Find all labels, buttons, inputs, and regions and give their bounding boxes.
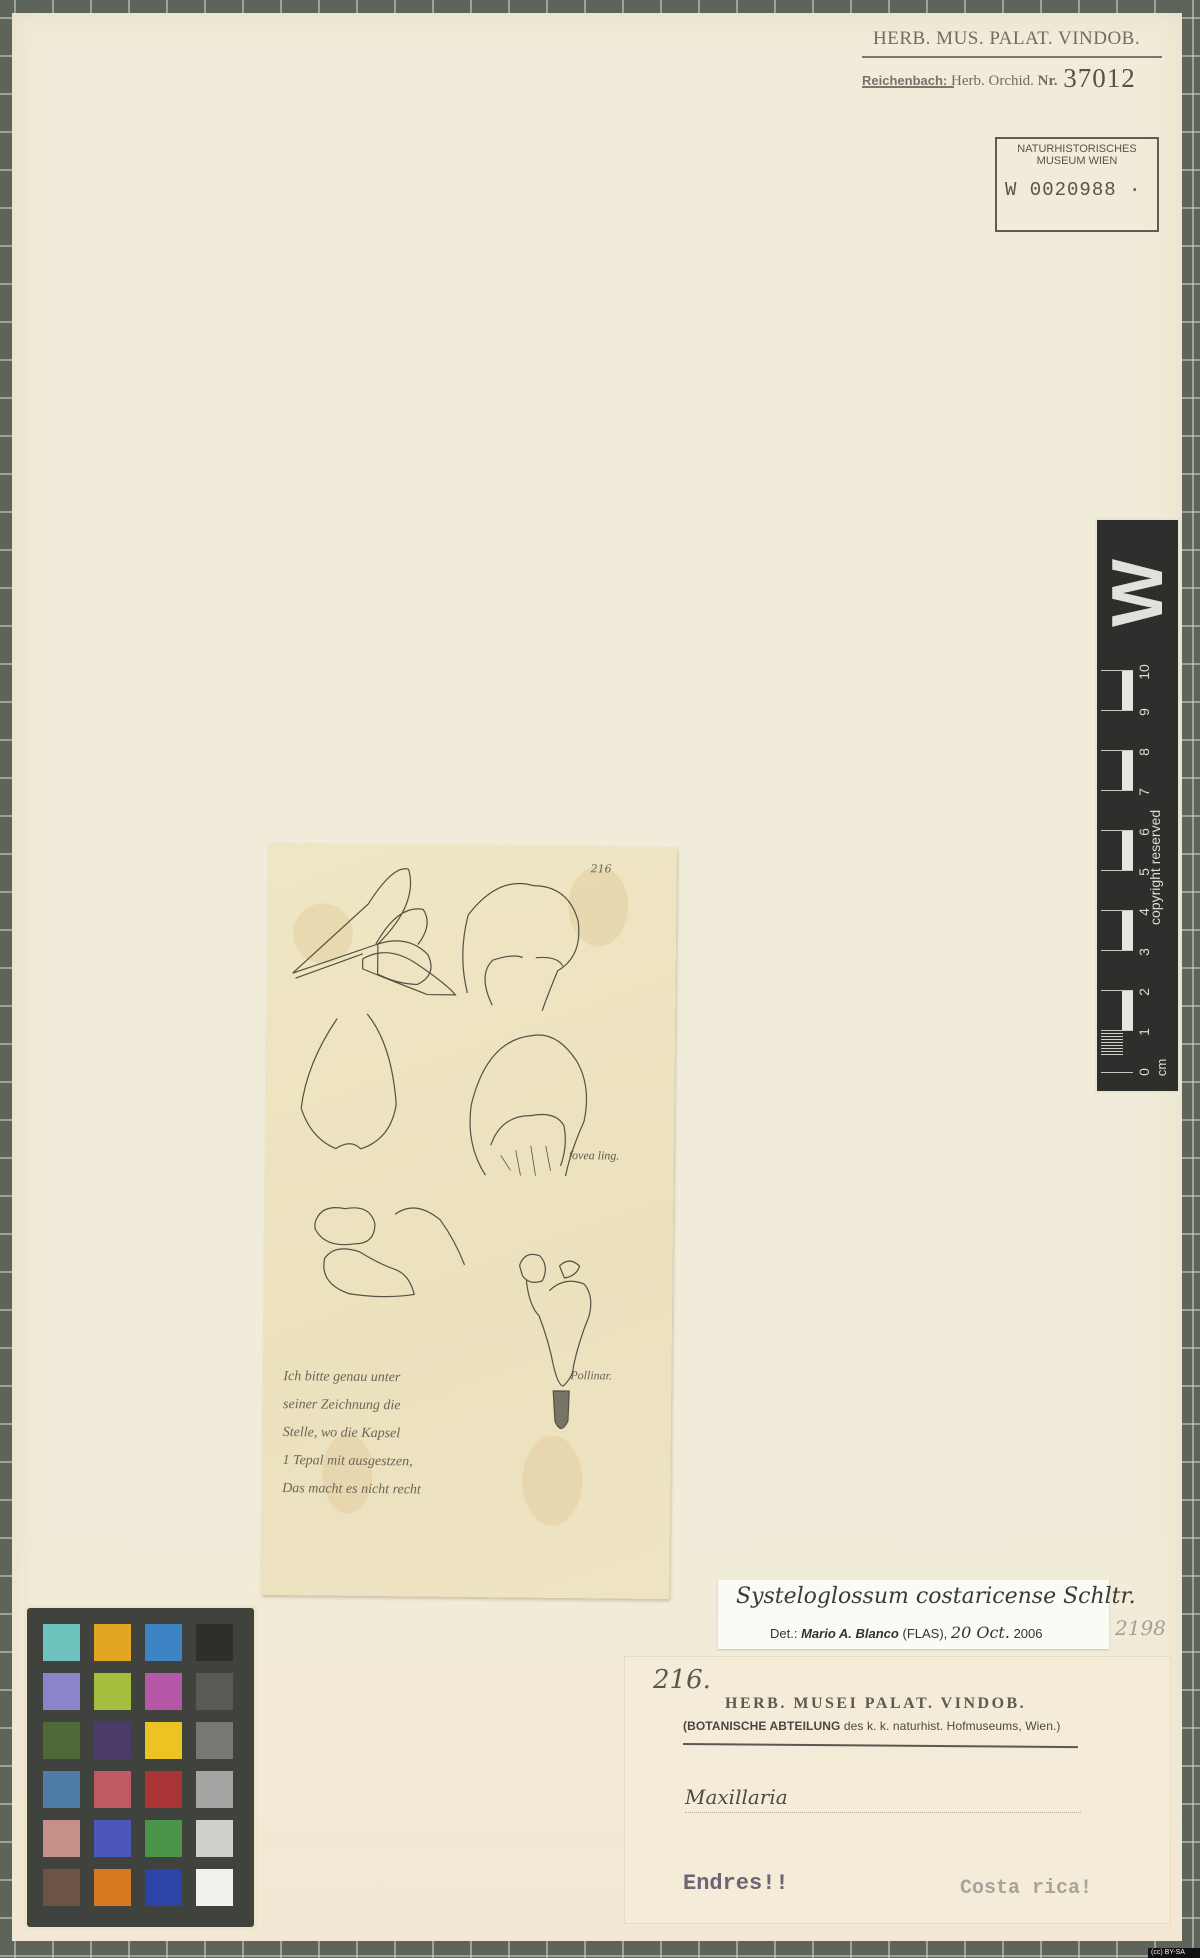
determiner-name: Mario A. Blanco: [801, 1626, 899, 1641]
museum-catalog-box: NATURHISTORISCHES MUSEUM WIEN W 0020988 …: [995, 137, 1159, 232]
museum-name: NATURHISTORISCHES MUSEUM WIEN: [997, 143, 1157, 167]
handwritten-notes: Ich bitte genau unter seiner Zeichnung d…: [282, 1363, 583, 1506]
determiner-line: Det.: Mario A. Blanco (FLAS), 20 Oct. 20…: [770, 1623, 1043, 1642]
scale-segment: [1101, 750, 1133, 790]
stamp-underline: [862, 86, 954, 88]
color-patch: [196, 1820, 233, 1857]
scale-number: 3: [1136, 941, 1152, 963]
color-patch: [94, 1869, 131, 1906]
determiner-affiliation: (FLAS),: [902, 1626, 947, 1641]
stamp-institution: HERB. MUS. PALAT. VINDOB.: [873, 28, 1140, 50]
scale-ticks: [1101, 670, 1133, 1073]
catalog-number: W 0020988 ·: [1005, 179, 1141, 201]
color-patch: [196, 1624, 233, 1661]
stamp-number-label: Nr.: [1038, 73, 1058, 89]
color-patch: [145, 1722, 182, 1759]
color-patch: [94, 1722, 131, 1759]
color-patch: [43, 1722, 80, 1759]
determination-date: 20 Oct.: [951, 1623, 1010, 1642]
copyright-notice: copyright reserved: [1147, 725, 1167, 925]
label-subheading-bold: (BOTANISCHE ABTEILUNG: [683, 1719, 840, 1733]
determination-year: 2006: [1014, 1626, 1043, 1641]
scale-number: 10: [1136, 661, 1152, 683]
scale-segment: [1101, 830, 1133, 870]
determination-slip: Systeloglossum costaricense Schltr. Det.…: [718, 1580, 1109, 1649]
color-patch: [94, 1771, 131, 1808]
scale-segment: [1101, 790, 1133, 830]
accession-number: 37012: [1063, 63, 1136, 93]
color-patch: [43, 1673, 80, 1710]
scale-number: 1: [1136, 1021, 1152, 1043]
color-patch: [196, 1771, 233, 1808]
color-patch: [94, 1624, 131, 1661]
scale-segment: [1101, 710, 1133, 750]
color-patch: [43, 1771, 80, 1808]
notes-line: seiner Zeichnung die: [283, 1391, 583, 1422]
label-subheading-rest: des k. k. naturhist. Hofmuseums, Wien.): [844, 1719, 1061, 1733]
label-genus: Maxillaria: [685, 1785, 788, 1809]
notes-line: 1 Tepal mit ausgestzen,: [282, 1447, 582, 1478]
color-patch: [145, 1869, 182, 1906]
notes-line: Stelle, wo die Kapsel: [283, 1419, 583, 1450]
color-patch: [94, 1820, 131, 1857]
institution-logo: W: [1103, 558, 1173, 628]
millimeter-ticks: [1101, 1033, 1123, 1057]
label-reference-number: 216.: [653, 1665, 711, 1695]
stamp-rule: [862, 56, 1162, 58]
scale-number: 2: [1136, 981, 1152, 1003]
scale-segment: [1101, 950, 1133, 990]
scale-segment: [1101, 870, 1133, 910]
pencil-drawing-sheet: 216 fovea ling. Pollinar. Ich bitte gena…: [261, 843, 677, 1599]
scale-number: 9: [1136, 701, 1152, 723]
license-badge: (cc) BY-SA: [1148, 1948, 1200, 1958]
color-patch: [43, 1624, 80, 1661]
color-patch: [145, 1673, 182, 1710]
color-patch: [145, 1624, 182, 1661]
museum-name-line1: NATURHISTORISCHES: [997, 143, 1157, 155]
scale-segment: [1101, 910, 1133, 950]
label-dotted-line: [685, 1812, 1081, 1813]
label-locality: Costa rica!: [960, 1877, 1092, 1900]
color-patch: [196, 1722, 233, 1759]
color-patch: [196, 1673, 233, 1710]
taxon-name: Systeloglossum costaricense Schltr.: [736, 1584, 1136, 1609]
scale-number: 0: [1136, 1061, 1152, 1083]
label-subheading: (BOTANISCHE ABTEILUNG des k. k. naturhis…: [683, 1719, 1061, 1733]
scale-segment: [1101, 990, 1133, 1030]
label-rule: [683, 1743, 1078, 1748]
color-patch: [145, 1771, 182, 1808]
label-collector: Endres!!: [683, 1871, 789, 1896]
color-patch: [196, 1869, 233, 1906]
notes-line: Ich bitte genau unter: [283, 1363, 583, 1394]
sheet-number: 2198: [1115, 1616, 1166, 1640]
color-patch: [94, 1673, 131, 1710]
herbarium-label: 216. HERB. MUSEI PALAT. VINDOB. (BOTANIS…: [624, 1656, 1171, 1924]
color-checker-card: [27, 1608, 254, 1927]
color-patch: [43, 1869, 80, 1906]
stamp-herbarium: Herb. Orchid.: [951, 73, 1034, 89]
color-patch: [43, 1820, 80, 1857]
scale-bar: W 0 1 2 3 4 5 6 7 8 9 10 copyright reser…: [1097, 520, 1178, 1091]
color-patch: [145, 1820, 182, 1857]
notes-line: Das macht es nicht recht: [282, 1475, 582, 1506]
drawing-annotation-fovea: fovea ling.: [569, 1148, 620, 1164]
det-prefix: Det.:: [770, 1626, 797, 1641]
label-heading: HERB. MUSEI PALAT. VINDOB.: [725, 1695, 1026, 1713]
accession-stamp: HERB. MUS. PALAT. VINDOB. Reichenbach: H…: [855, 28, 1185, 90]
scale-unit: cm: [1154, 1059, 1169, 1076]
scale-segment: [1101, 670, 1133, 710]
museum-name-line2: MUSEUM WIEN: [997, 155, 1157, 167]
drawing-corner-number: 216: [591, 862, 612, 875]
